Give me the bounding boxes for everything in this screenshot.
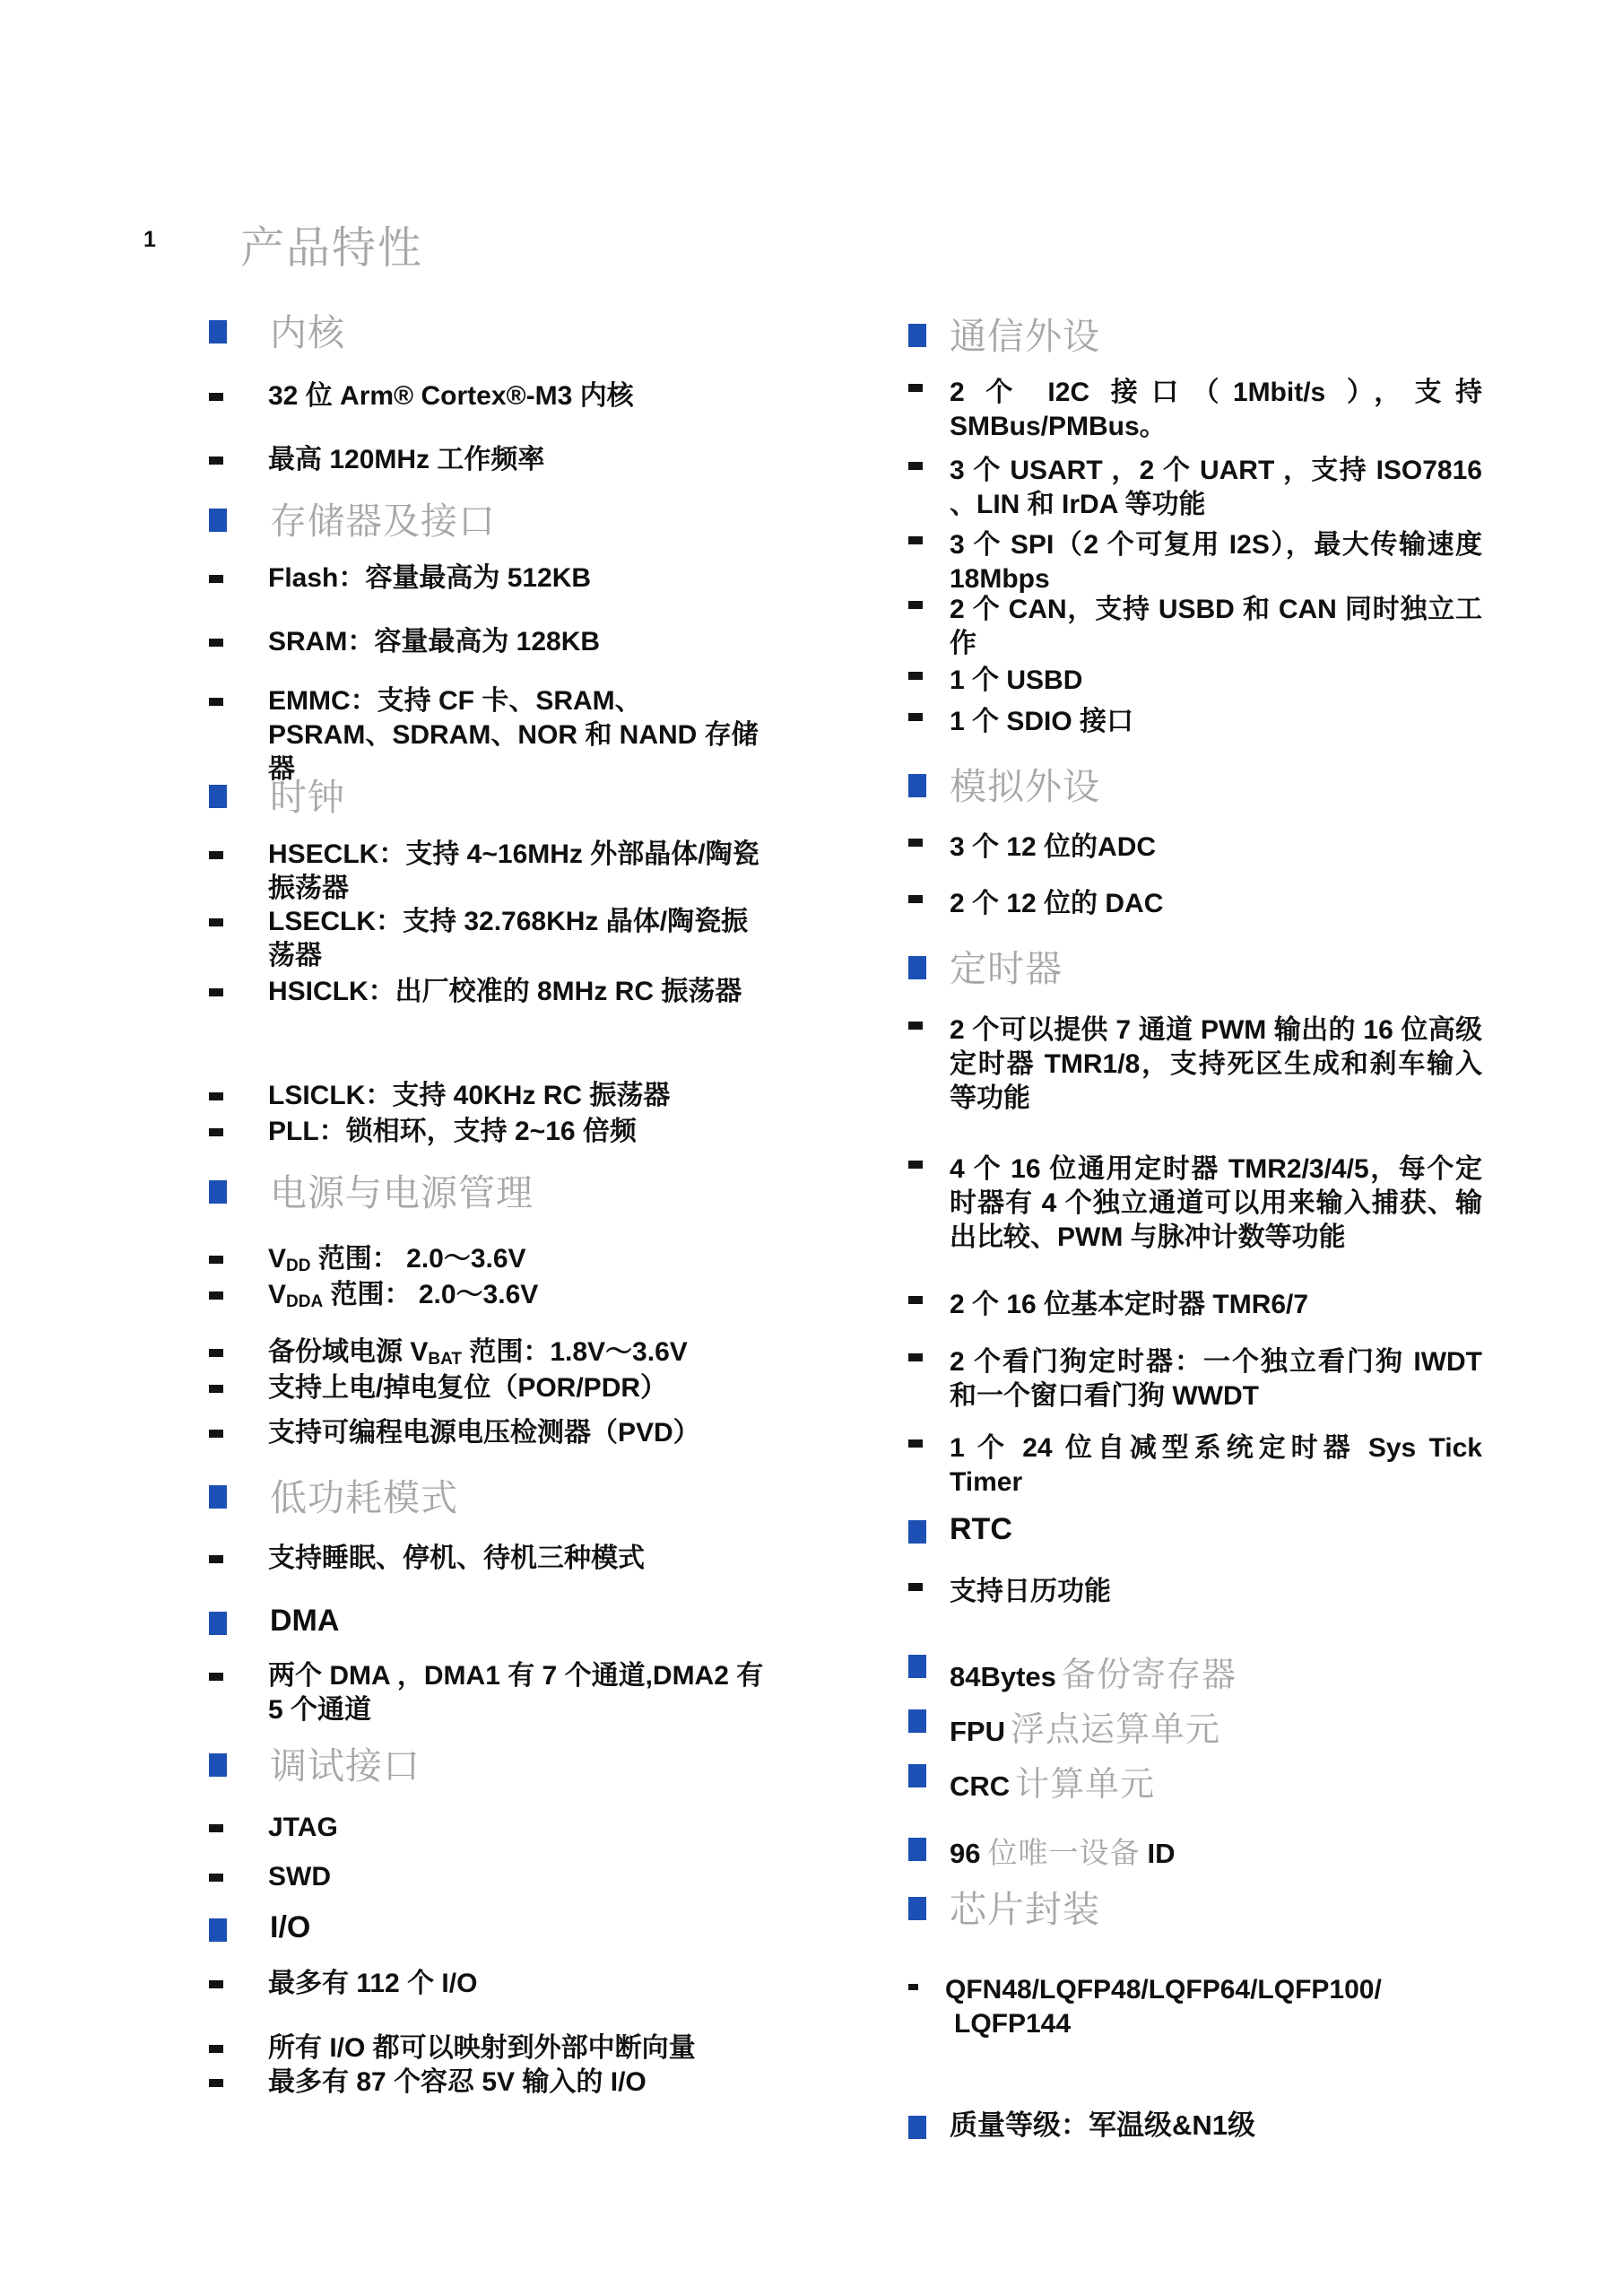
bullet-dash-icon <box>908 601 923 609</box>
section-package: 芯片封装 <box>908 1889 1489 1931</box>
feature-item-text: 1 个 SDIO 接口 <box>950 705 1482 739</box>
section-header-lowpower: 低功耗模式 <box>270 1477 458 1519</box>
bullet-dash-icon <box>209 457 223 465</box>
bullet-square-icon <box>908 1764 926 1787</box>
section-backup-registers: 84Bytes备份寄存器 <box>908 1647 1489 1696</box>
bullet-dash-icon <box>908 536 923 544</box>
feature-item: JTAG <box>209 1811 765 1845</box>
bullet-square-icon <box>908 774 926 797</box>
feature-item-text: 支持可编程电源电压检测器（PVD） <box>268 1416 765 1450</box>
feature-item-text: 支持上电/掉电复位（POR/PDR） <box>268 1371 765 1405</box>
bullet-dash-icon <box>908 384 923 392</box>
feature-item-text: 最多有 87 个容忍 5V 输入的 I/O <box>268 2066 765 2100</box>
feature-item: VDD 范围： 2.0～3.6V <box>209 1242 765 1277</box>
feature-item: 2 个 16 位基本定时器 TMR6/7 <box>908 1288 1489 1322</box>
feature-item-text: 最高 120MHz 工作频率 <box>268 443 765 477</box>
section-header-comm: 通信外设 <box>950 316 1100 358</box>
section-crc: CRC计算单元 <box>908 1756 1489 1805</box>
feature-item: SRAM：容量最高为 128KB <box>209 625 765 659</box>
feature-item: EMMC：支持 CF 卡、SRAM、PSRAM、SDRAM、NOR 和 NAND… <box>209 684 765 786</box>
subscript-text: DDA <box>286 1292 323 1311</box>
section-header-dma: DMA <box>270 1604 339 1639</box>
feature-item: LSECLK：支持 32.768KHz 晶体/陶瓷振荡器 <box>209 905 765 973</box>
feature-item-text: 支持日历功能 <box>950 1575 1482 1609</box>
feature-item-text: LSECLK：支持 32.768KHz 晶体/陶瓷振荡器 <box>268 905 765 973</box>
feature-item-text: 两个 DMA ，DMA1 有 7 个通道,DMA2 有 5 个通道 <box>268 1659 765 1727</box>
bullet-dash-icon <box>908 839 923 847</box>
section-fpu: FPU浮点运算单元 <box>908 1701 1489 1751</box>
bullet-square-icon <box>209 1612 227 1635</box>
feature-item: 1 个 SDIO 接口 <box>908 705 1489 739</box>
feature-item-text: HSECLK：支持 4~16MHz 外部晶体/陶瓷振荡器 <box>268 838 765 906</box>
feature-item: 1 个 USBD <box>908 664 1489 698</box>
bullet-dash-icon <box>209 918 223 926</box>
bullet-dash-icon <box>209 1092 223 1100</box>
bullet-square-icon <box>908 1520 926 1544</box>
bullet-square-icon <box>209 1180 227 1204</box>
section-header-backup: 84Bytes备份寄存器 <box>950 1647 1242 1696</box>
bullet-dash-icon <box>908 1161 923 1169</box>
feature-item: 备份域电源 VBAT 范围：1.8V～3.6V <box>209 1335 765 1370</box>
section-header-debug: 调试接口 <box>270 1745 421 1787</box>
feature-item: 支持睡眠、停机、待机三种模式 <box>209 1542 765 1576</box>
feature-item-text: 1 个 USBD <box>950 664 1482 698</box>
bullet-square-icon <box>908 324 926 347</box>
bullet-dash-icon <box>209 851 223 859</box>
section-header-timer: 定时器 <box>950 948 1063 990</box>
feature-item: HSECLK：支持 4~16MHz 外部晶体/陶瓷振荡器 <box>209 838 765 906</box>
feature-item: 4 个 16 位通用定时器 TMR2/3/4/5，每个定时器有 4 个独立通道可… <box>908 1152 1489 1254</box>
section-header-core: 内核 <box>270 312 345 354</box>
feature-item: 支持上电/掉电复位（POR/PDR） <box>209 1371 765 1405</box>
bullet-dash-icon <box>209 1349 223 1357</box>
datasheet-page: 1 产品特性 内核 32 位 Arm® Cortex®-M3 内核 最高 120… <box>0 0 1623 2296</box>
section-header-power: 电源与电源管理 <box>270 1172 534 1214</box>
bullet-dash-icon <box>209 1555 223 1563</box>
bullet-dash-icon <box>209 575 223 583</box>
bullet-dash-icon <box>209 1874 223 1882</box>
bullet-dash-icon <box>209 393 223 401</box>
bullet-square-icon <box>209 1918 227 1942</box>
feature-item: HSICLK：出厂校准的 8MHz RC 振荡器 <box>209 975 765 1009</box>
feature-item: LSICLK：支持 40KHz RC 振荡器 <box>209 1079 765 1113</box>
bullet-dash-icon <box>209 1291 223 1300</box>
bullet-square-icon <box>209 1753 227 1777</box>
feature-item: VDDA 范围： 2.0～3.6V <box>209 1278 765 1313</box>
section-clock: 时钟 <box>209 777 765 819</box>
section-quality: 质量等级：军温级&N1级 <box>908 2108 1489 2143</box>
bullet-dash-icon <box>908 1296 923 1304</box>
feature-item-text: 3 个 USART ，2 个 UART ，支持 ISO7816 、LIN 和 I… <box>950 454 1482 522</box>
bullet-dash-icon <box>209 1673 223 1681</box>
section-debug: 调试接口 <box>209 1745 765 1787</box>
section-header-clock: 时钟 <box>270 777 345 819</box>
feature-item-text: 所有 I/O 都可以映射到外部中断向量 <box>268 2031 765 2066</box>
section-io: I/O <box>209 1910 765 1945</box>
feature-item: 1 个 24 位自减型系统定时器 Sys Tick Timer <box>908 1431 1489 1500</box>
section-analog: 模拟外设 <box>908 766 1489 808</box>
bullet-dash-icon <box>908 462 923 470</box>
bullet-dash-icon <box>209 1980 223 1988</box>
section-dma: DMA <box>209 1604 765 1639</box>
section-header-crc: CRC计算单元 <box>950 1756 1160 1805</box>
section-lowpower: 低功耗模式 <box>209 1477 765 1519</box>
section-rtc: RTC <box>908 1512 1489 1547</box>
bullet-dash-icon <box>209 1824 223 1832</box>
feature-item: SWD <box>209 1860 765 1894</box>
feature-item-text: VDD 范围： 2.0～3.6V <box>268 1242 765 1277</box>
section-header-memory: 存储器及接口 <box>270 500 496 543</box>
feature-item: 32 位 Arm® Cortex®-M3 内核 <box>209 379 765 413</box>
feature-item-text: 32 位 Arm® Cortex®-M3 内核 <box>268 379 765 413</box>
section-unique-id: 96位唯一设备ID <box>908 1830 1489 1872</box>
feature-item: 2 个 CAN，支持 USBD 和 CAN 同时独立工作 <box>908 593 1489 661</box>
section-header-analog: 模拟外设 <box>950 766 1100 808</box>
bullet-square-icon <box>908 1838 926 1861</box>
feature-item-text: 1 个 24 位自减型系统定时器 Sys Tick Timer <box>950 1431 1482 1500</box>
feature-item: 两个 DMA ，DMA1 有 7 个通道,DMA2 有 5 个通道 <box>209 1659 765 1727</box>
feature-item-text: VDDA 范围： 2.0～3.6V <box>268 1278 765 1313</box>
feature-item: 2 个 12 位的 DAC <box>908 887 1489 921</box>
feature-item-text: LSICLK：支持 40KHz RC 振荡器 <box>268 1079 765 1113</box>
feature-item-text: 2 个 CAN，支持 USBD 和 CAN 同时独立工作 <box>950 593 1482 661</box>
feature-item: 2 个 I2C 接口（1Mbit/s ），支持 SMBus/PMBus。 <box>908 376 1489 444</box>
bullet-square-icon <box>209 509 227 532</box>
feature-item: PLL：锁相环，支持 2~16 倍频 <box>209 1115 765 1149</box>
subscript-text: DD <box>286 1257 310 1275</box>
bullet-dash-icon <box>908 1984 918 1990</box>
section-header-unique-id: 96位唯一设备ID <box>950 1830 1175 1872</box>
feature-item-text: HSICLK：出厂校准的 8MHz RC 振荡器 <box>268 975 765 1009</box>
section-header-fpu: FPU浮点运算单元 <box>950 1701 1226 1751</box>
feature-item-text: 2 个看门狗定时器：一个独立看门狗 IWDT 和一个窗口看门狗 WWDT <box>950 1345 1482 1413</box>
feature-item: 3 个 12 位的ADC <box>908 831 1489 865</box>
feature-item: 所有 I/O 都可以映射到外部中断向量 <box>209 2031 765 2066</box>
bullet-dash-icon <box>209 2045 223 2053</box>
bullet-dash-icon <box>209 639 223 647</box>
feature-item-text: PLL：锁相环，支持 2~16 倍频 <box>268 1115 765 1149</box>
bullet-dash-icon <box>209 1430 223 1438</box>
bullet-square-icon <box>908 1709 926 1733</box>
bullet-square-icon <box>209 1485 227 1509</box>
feature-item-text: 最多有 112 个 I/O <box>268 1967 765 2001</box>
bullet-dash-icon <box>209 1128 223 1136</box>
bullet-square-icon <box>908 956 926 979</box>
bullet-square-icon <box>908 1897 926 1920</box>
section-core: 内核 <box>209 312 765 354</box>
feature-item-text: 备份域电源 VBAT 范围：1.8V～3.6V <box>268 1335 765 1370</box>
section-comm: 通信外设 <box>908 316 1489 358</box>
section-header-rtc: RTC <box>950 1512 1012 1547</box>
feature-item-text: EMMC：支持 CF 卡、SRAM、PSRAM、SDRAM、NOR 和 NAND… <box>268 684 765 786</box>
bullet-dash-icon <box>209 1256 223 1264</box>
bullet-dash-icon <box>908 1439 923 1448</box>
feature-item-text: JTAG <box>268 1811 765 1845</box>
bullet-dash-icon <box>908 713 923 721</box>
feature-item-text: 支持睡眠、停机、待机三种模式 <box>268 1542 765 1576</box>
bullet-square-icon <box>209 785 227 808</box>
feature-item-text: 4 个 16 位通用定时器 TMR2/3/4/5，每个定时器有 4 个独立通道可… <box>950 1152 1482 1254</box>
bullet-square-icon <box>908 2116 926 2139</box>
feature-item-text: 2 个 I2C 接口（1Mbit/s ），支持 SMBus/PMBus。 <box>950 376 1482 444</box>
bullet-square-icon <box>908 1655 926 1678</box>
bullet-dash-icon <box>908 672 923 680</box>
feature-item: 支持日历功能 <box>908 1575 1489 1609</box>
quality-grade-text: 质量等级：军温级&N1级 <box>950 2108 1255 2143</box>
feature-item: 最高 120MHz 工作频率 <box>209 443 765 477</box>
feature-item: 2 个可以提供 7 通道 PWM 输出的 16 位高级定时器 TMR1/8，支持… <box>908 1013 1489 1115</box>
page-title: 产品特性 <box>240 213 423 276</box>
section-timer: 定时器 <box>908 948 1489 990</box>
feature-item: 支持可编程电源电压检测器（PVD） <box>209 1416 765 1450</box>
section-header-io: I/O <box>270 1910 310 1945</box>
bullet-dash-icon <box>209 1385 223 1393</box>
bullet-dash-icon <box>908 1353 923 1361</box>
subscript-text: BAT <box>428 1350 462 1369</box>
section-memory: 存储器及接口 <box>209 500 765 543</box>
section-power: 电源与电源管理 <box>209 1172 765 1214</box>
feature-item-text: 3 个 SPI（2 个可复用 I2S），最大传输速度 18Mbps <box>950 528 1482 596</box>
bullet-dash-icon <box>908 1022 923 1030</box>
bullet-dash-icon <box>209 2079 223 2087</box>
bullet-dash-icon <box>908 895 923 903</box>
feature-item: 最多有 112 个 I/O <box>209 1967 765 2001</box>
page-number: 1 <box>143 227 156 253</box>
feature-item-text: 2 个 16 位基本定时器 TMR6/7 <box>950 1288 1482 1322</box>
feature-item: 3 个 USART ，2 个 UART ，支持 ISO7816 、LIN 和 I… <box>908 454 1489 522</box>
feature-item: 最多有 87 个容忍 5V 输入的 I/O <box>209 2066 765 2100</box>
bullet-dash-icon <box>209 698 223 706</box>
feature-item-text: SRAM：容量最高为 128KB <box>268 625 765 659</box>
feature-item-text: 2 个可以提供 7 通道 PWM 输出的 16 位高级定时器 TMR1/8，支持… <box>950 1013 1482 1115</box>
feature-item: 2 个看门狗定时器：一个独立看门狗 IWDT 和一个窗口看门狗 WWDT <box>908 1345 1489 1413</box>
feature-item-text: SWD <box>268 1860 765 1894</box>
bullet-dash-icon <box>908 1583 923 1591</box>
section-header-package: 芯片封装 <box>950 1889 1100 1931</box>
bullet-dash-icon <box>209 988 223 996</box>
bullet-square-icon <box>209 320 227 344</box>
feature-item: 3 个 SPI（2 个可复用 I2S），最大传输速度 18Mbps <box>908 528 1489 596</box>
feature-item-text: QFN48/LQFP48/LQFP64/LQFP100/LQFP144 <box>945 1973 1478 2041</box>
feature-item: QFN48/LQFP48/LQFP64/LQFP100/LQFP144 <box>908 1973 1489 2041</box>
feature-item: Flash：容量最高为 512KB <box>209 561 765 596</box>
feature-item-text: 3 个 12 位的ADC <box>950 831 1482 865</box>
feature-item-text: Flash：容量最高为 512KB <box>268 561 765 596</box>
feature-item-text: 2 个 12 位的 DAC <box>950 887 1482 921</box>
